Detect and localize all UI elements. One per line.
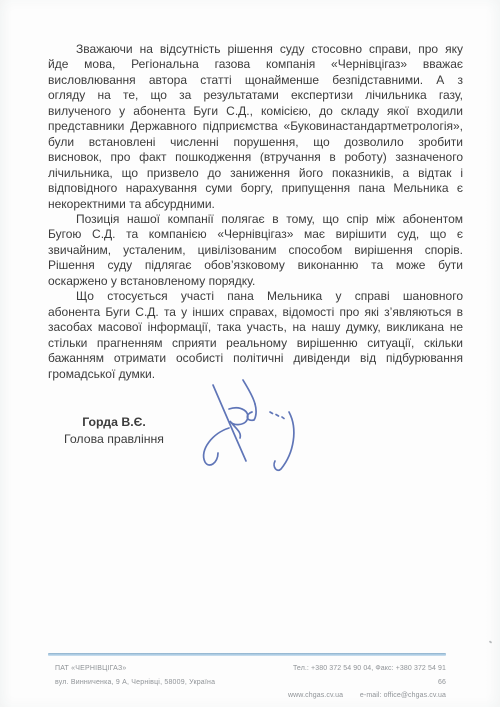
footer-contact-block: Тел.: +380 372 54 90 04, Факс: +380 372 … [288,662,446,703]
letter-page: Зважаючи на відсутність рішення суду сто… [0,0,500,707]
body-line: висловлювання автора статті щонайменше б… [48,73,463,88]
footer-email: e-mail: office@chgas.cv.ua [360,689,446,703]
body-line: засобах масової інформації, така участь,… [48,320,463,335]
footer-company-address: вул. Винниченка, 9 А, Чернівці, 58009, У… [55,676,215,690]
body-line: лічильника, що призвело до заниження йог… [48,166,463,181]
scan-artifact-speck [489,640,493,643]
body-line: представники Державного підприємства «Бу… [48,119,463,134]
body-line: Зважаючи на відсутність рішення суду сто… [48,42,463,57]
body-line: оскаржено у встановленому порядку. [48,274,463,289]
signer-name: Горда В.Є. [54,414,174,431]
paragraph: Позиція нашої компанії полягає в тому, щ… [48,212,463,289]
body-line: Що стосується участі пана Мельника у спр… [48,289,463,304]
footer-divider [48,653,446,656]
body-line: вилученого у абонента Буги С.Д., комісіє… [48,104,463,119]
footer-company-name: ПАТ «ЧЕРНІВЦІГАЗ» [55,662,215,676]
body-line: Позиція нашої компанії полягає в тому, щ… [48,212,463,227]
footer-phone-fax: Тел.: +380 372 54 90 04, Факс: +380 372 … [288,662,446,689]
body-line: Бугою С.Д. та компанією «Чернівцігаз» ма… [48,227,463,242]
footer-company-block: ПАТ «ЧЕРНІВЦІГАЗ» вул. Винниченка, 9 А, … [55,662,215,689]
body-line: абонента Буги С.Д. та у інших справах, в… [48,305,463,320]
paragraph: Що стосується участі пана Мельника у спр… [48,289,463,382]
body-line: відповідного нарахування суми боргу, при… [48,181,463,196]
handwritten-signature-icon [185,374,305,478]
footer-website: www.chgas.cv.ua [288,689,343,703]
signature-block: Горда В.Є. Голова правління [54,414,174,448]
body-line: некоректними та абсурдними. [48,197,463,212]
body-line: огляду на те, що за результатами експерт… [48,88,463,103]
letter-body: Зважаючи на відсутність рішення суду сто… [48,42,463,382]
body-line: звичайним, усталеним, цивілізованим спос… [48,243,463,258]
body-line: стільки прагненням сприяти реальному вир… [48,336,463,351]
body-line: були встановлені численні порушення, що … [48,135,463,150]
body-line: бажанням отримати особисті політичні див… [48,351,463,366]
body-line: висновок, про факт пошкодження (втручанн… [48,150,463,165]
paragraph: Зважаючи на відсутність рішення суду сто… [48,42,463,212]
signer-title: Голова правління [54,431,174,448]
body-line: Рішення суду підлягає обов’язковому вико… [48,258,463,273]
body-line: йде мова, Регіональна газова компанія «Ч… [48,57,463,72]
